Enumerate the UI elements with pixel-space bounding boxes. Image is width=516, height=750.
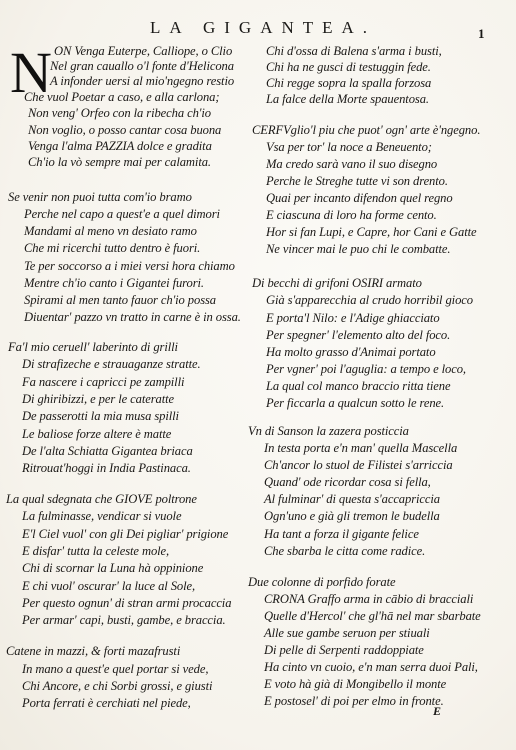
verse-line: Per questo ognun' di stran armi procacci…	[22, 596, 231, 610]
verse-line: Ch'io la vò sempre mai per calamita.	[28, 155, 211, 169]
verse-line: Chi regge sopra la spalla forzosa	[266, 76, 431, 90]
verse-line: Di pelle di Serpenti raddoppiate	[264, 643, 424, 657]
verse-line: Te per soccorso a i miei versi hora chia…	[24, 259, 235, 273]
verse-line: Di becchi di grifoni OSIRI armato	[252, 276, 422, 290]
verse-line: La falce della Morte spauentosa.	[266, 92, 429, 106]
verse-line: Quelle d'Hercol' che gl'hā nel mar sbarb…	[264, 609, 481, 623]
verse-line: Ne vincer mai le puo chi le combatte.	[266, 242, 450, 256]
verse-line: Perche nel capo a quest'e a quel dimori	[24, 207, 220, 221]
verse-line: E'l Ciel vuol' con gli Dei pigliar' prig…	[22, 527, 228, 541]
verse-line: Due colonne di porfido forate	[248, 575, 396, 589]
verse-line: In testa porta e'n man' quella Mascella	[264, 441, 457, 455]
verse-line: E chi vuol' oscurar' la luce al Sole,	[22, 579, 195, 593]
verse-line: Non veng' Orfeo con la ribecha ch'io	[28, 106, 211, 120]
verse-line: Spirami al men tanto fauor ch'io possa	[24, 293, 216, 307]
verse-line: Mentre ch'io canto i Gigantei furori.	[24, 276, 204, 290]
verse-line: Catene in mazzi, & forti mazafrusti	[6, 644, 180, 658]
verse-line: E disfar' tutta la celeste mole,	[22, 544, 169, 558]
catchword: E	[433, 704, 441, 719]
verse-line: La qual sdegnata che GIOVE poltrone	[6, 492, 197, 506]
verse-line: Perche le Streghe tutte vi son drento.	[266, 174, 448, 188]
verse-line: E postosel' di poi per elmo in fronte.	[264, 694, 444, 708]
verse-line: Per ficcarla a qualcun sotto le rene.	[266, 396, 444, 410]
verse-line: Nel gran cauallo o'l fonte d'Helicona	[50, 59, 234, 73]
verse-line: Hor si fan Lupi, e Capre, hor Cani e Gat…	[266, 225, 476, 239]
verse-line: Alle sue gambe seruon per stiuali	[264, 626, 430, 640]
verse-line: Fa nascere i capricci pe zampilli	[22, 375, 184, 389]
verse-line: Chi ha ne gusci di testuggin fede.	[266, 60, 431, 74]
verse-line: Ha tant a forza il gigante felice	[264, 527, 419, 541]
verse-line: Diuentar' pazzo vn tratto in carne è in …	[24, 310, 241, 324]
verse-line: E ciascuna di loro ha forme cento.	[266, 208, 437, 222]
verse-line: CRONA Graffo arma in cābio di bracciali	[264, 592, 473, 606]
verse-line: Fa'l mio ceruell' laberinto di grilli	[8, 340, 178, 354]
verse-line: Porta ferrati è cerchiati nel piede,	[22, 696, 191, 710]
verse-line: E voto hà già di Mongibello il monte	[264, 677, 446, 691]
verse-line: Chi di scornar la Luna hà oppinione	[22, 561, 203, 575]
verse-line: In mano a quest'e quel portar si vede,	[22, 662, 208, 676]
verse-line: Per vgner' poi l'aguglia: a tempo e loco…	[266, 362, 466, 376]
verse-line: Chi d'ossa di Balena s'arma i busti,	[266, 44, 442, 58]
verse-line: Vsa per tor' la noce a Beneuento;	[266, 140, 432, 154]
verse-line: Che mi ricerchi tutto dentro è fuori.	[24, 241, 200, 255]
verse-line: Non voglio, o posso cantar cosa buona	[28, 123, 221, 137]
verse-line: ON Venga Euterpe, Calliope, o Clio	[54, 44, 232, 58]
verse-line: Quai per incanto difendon quel regno	[266, 191, 453, 205]
verse-line: CERFVglio'l piu che puot' ogn' arte è'ng…	[252, 123, 480, 137]
verse-line: A infonder uersi al mio'ngegno restio	[50, 74, 234, 88]
verse-line: Ma credo sarà vano il suo disegno	[266, 157, 437, 171]
verse-line: Quand' ode ricordar cosa si fella,	[264, 475, 431, 489]
verse-line: Ch'ancor lo stuol de Filistei s'arriccia	[264, 458, 453, 472]
verse-line: Già s'apparecchia al crudo horribil gioc…	[266, 293, 473, 307]
verse-line: De l'alta Schiatta Gigantea briaca	[22, 444, 193, 458]
verse-line: Che sbarba le citta come radice.	[264, 544, 425, 558]
verse-line: De passerotti la mia musa spilli	[22, 409, 179, 423]
verse-line: La fulminasse, vendicar si vuole	[22, 509, 181, 523]
verse-line: Ogn'uno e già gli tremon le budella	[264, 509, 440, 523]
verse-line: Di strafizeche e strauaganze stratte.	[22, 357, 201, 371]
page-title: LA GIGANTEA.	[150, 18, 376, 38]
book-page: LA GIGANTEA. 1 N ON Venga Euterpe, Calli…	[0, 0, 516, 750]
verse-line: E porta'l Nilo: e l'Adige ghiacciato	[266, 311, 440, 325]
page-number: 1	[478, 26, 485, 42]
verse-line: Per armar' capi, busti, gambe, e braccia…	[22, 613, 226, 627]
verse-line: Per spegner' l'elemento alto del foco.	[266, 328, 450, 342]
verse-line: Al fulminar' di questa s'accapriccia	[264, 492, 440, 506]
verse-line: Venga l'alma PAZZIA dolce e gradita	[28, 139, 212, 153]
verse-line: Chi Ancore, e chi Sorbi grossi, e giusti	[22, 679, 212, 693]
verse-line: Che vuol Poetar a caso, e alla carlona;	[24, 90, 219, 104]
verse-line: Mandami al meno vn desiato ramo	[24, 224, 197, 238]
verse-line: Ha molto grasso d'Animai portato	[266, 345, 436, 359]
verse-line: La qual col manco braccio ritta tiene	[266, 379, 450, 393]
verse-line: Se venir non puoi tutta com'io bramo	[8, 190, 192, 204]
verse-line: Ha cinto vn cuoio, e'n man serra duoi Pa…	[264, 660, 478, 674]
verse-line: Vn di Sanson la zazera posticcia	[248, 424, 409, 438]
verse-line: Le baliose forze altere è matte	[22, 427, 171, 441]
verse-line: Ritrouat'hoggi in India Pastinaca.	[22, 461, 191, 475]
verse-line: Di ghiribizzi, e per le cateratte	[22, 392, 174, 406]
